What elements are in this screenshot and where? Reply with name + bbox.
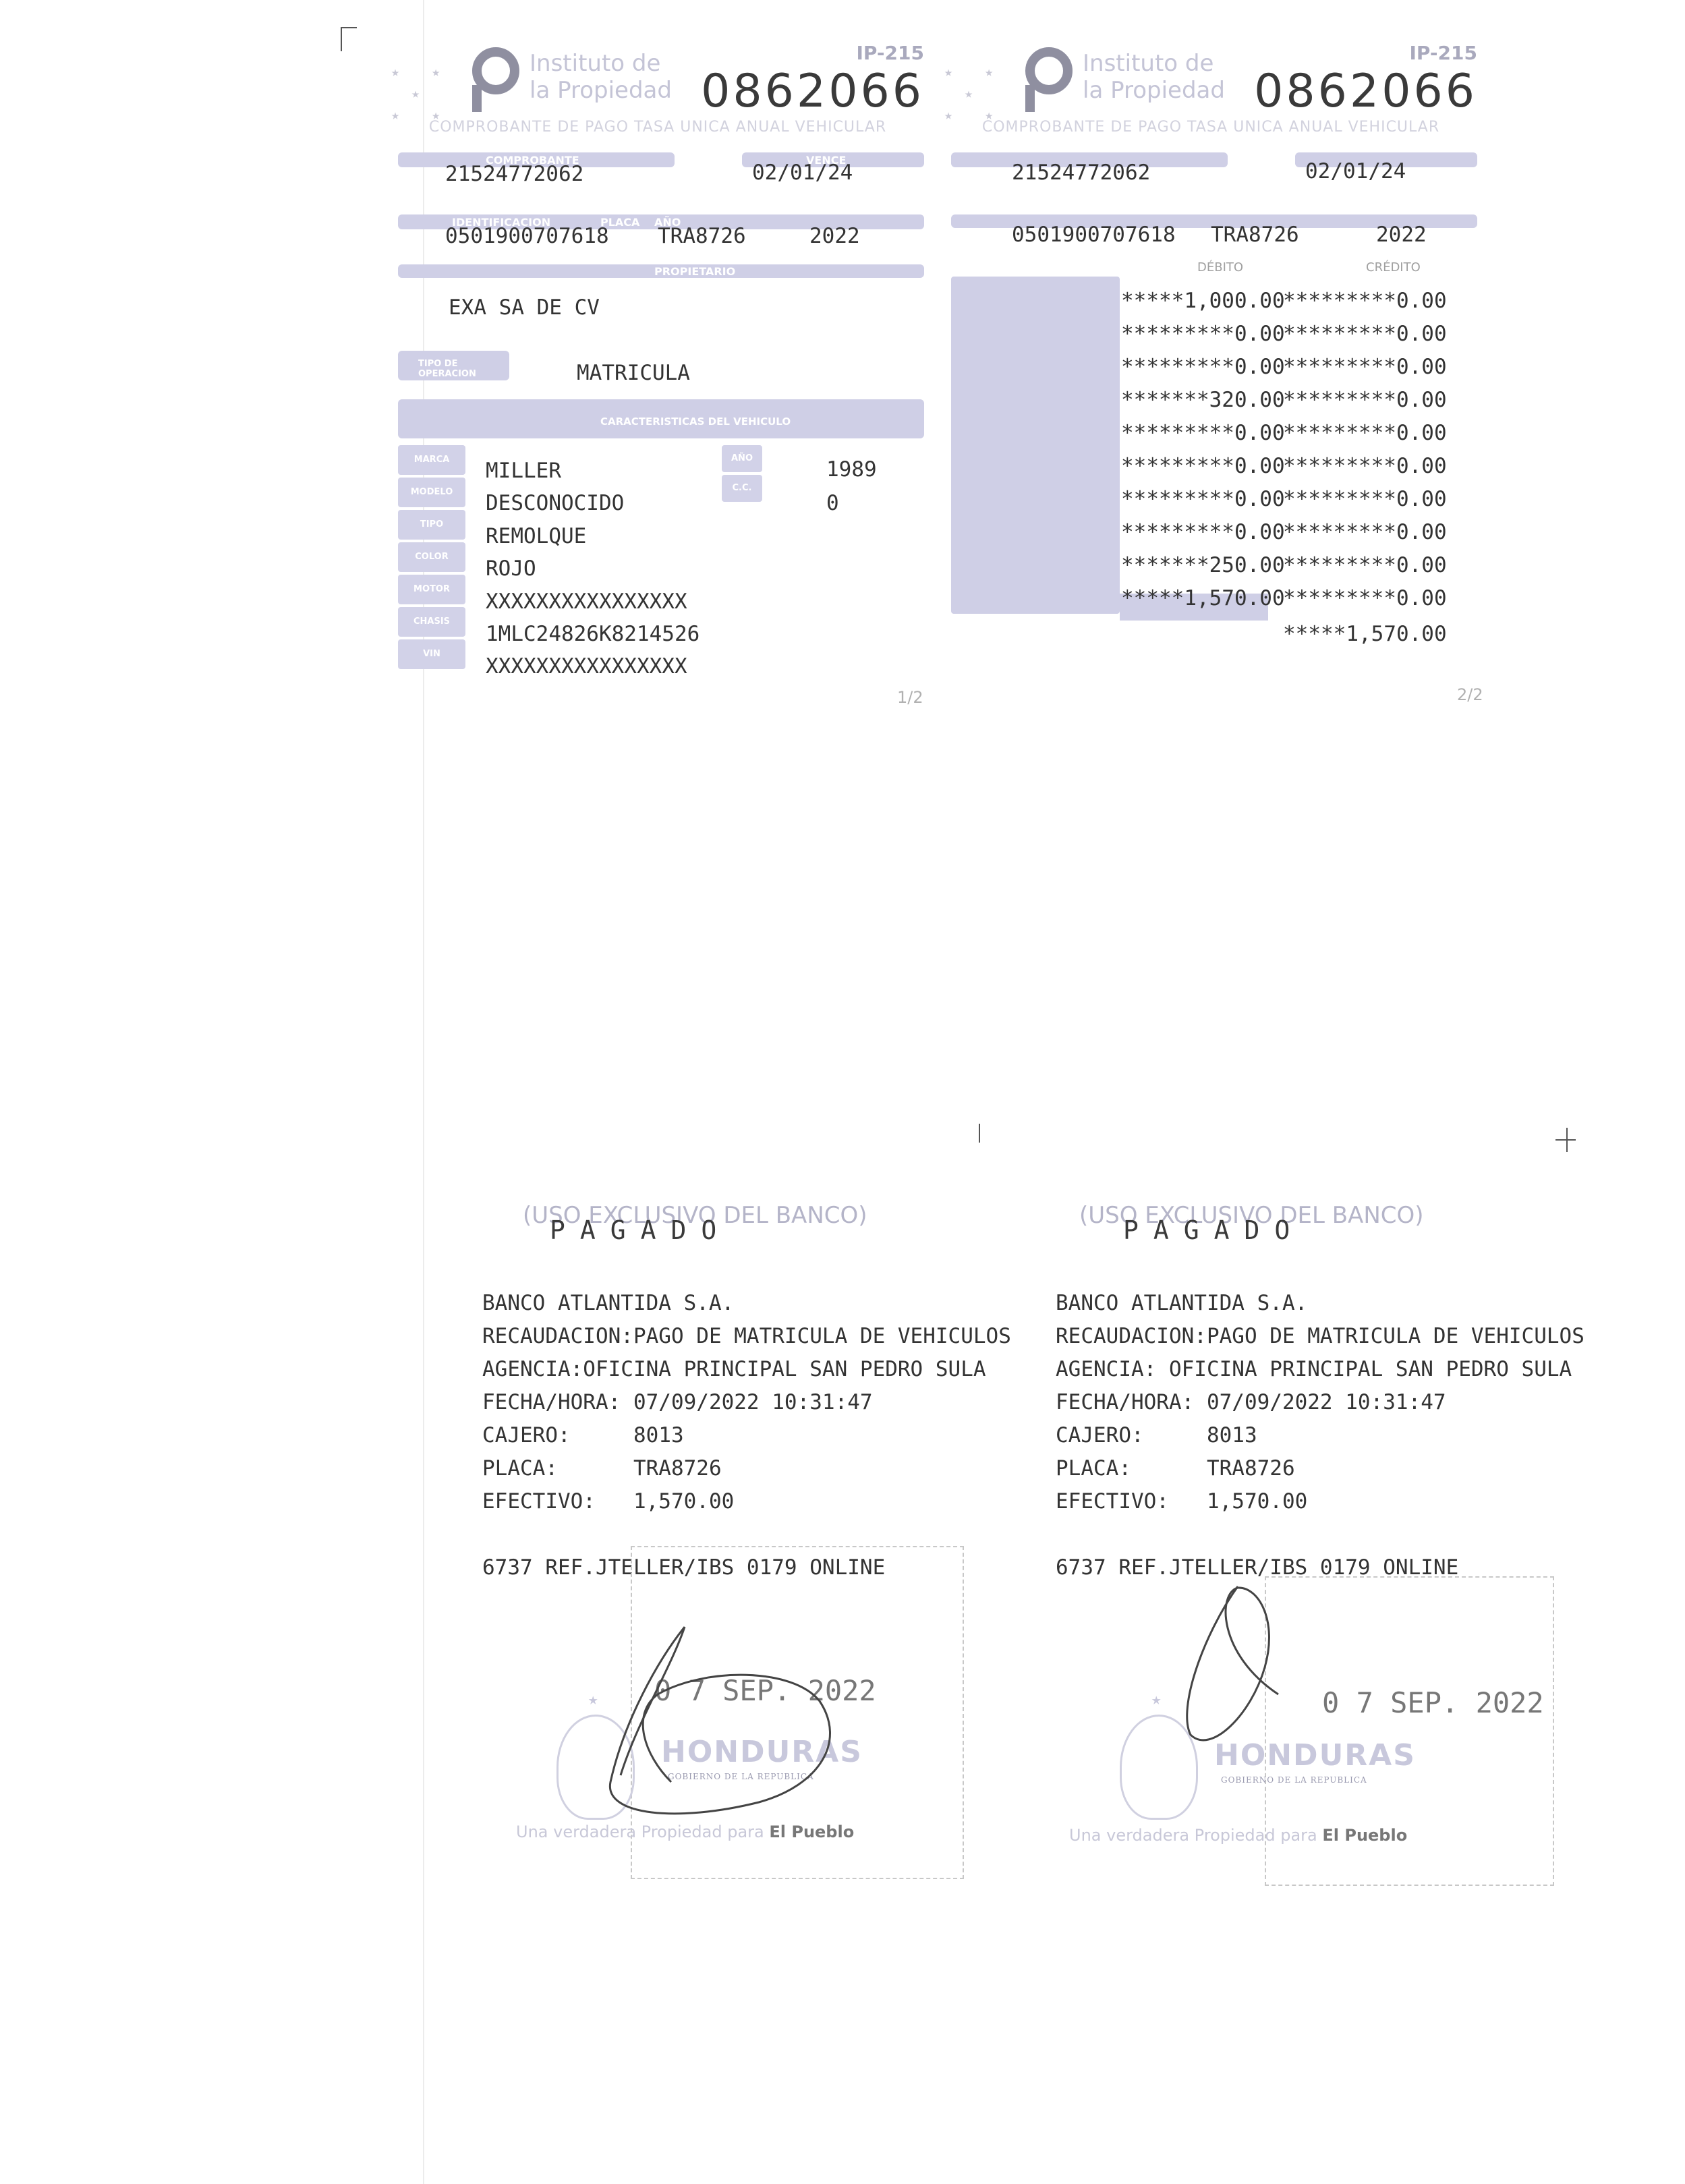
receipt-line: RECAUDACION:PAGO DE MATRICULA DE VEHICUL… [482,1324,1011,1348]
debit-amount: *********0.00 [1121,355,1285,379]
debit-amount: *********0.00 [1121,520,1285,544]
form-subtitle: COMPROBANTE DE PAGO TASA UNICA ANUAL VEH… [391,119,924,136]
credit-amount: *********0.00 [1283,421,1447,445]
comprobante-value: 21524772062 [445,162,583,186]
receipt-line: AGENCIA:OFICINA PRINCIPAL SAN PEDRO SULA [482,1357,986,1381]
debit-amount: *********0.00 [1121,322,1285,346]
credit-amount: *********0.00 [1283,322,1447,346]
tagline: Una verdadera Propiedad para El Pueblo [1069,1826,1407,1845]
credit-amount: *********0.00 [1283,520,1447,544]
stars-decoration: ★ ★ ★★ ★ [391,61,472,128]
debit-amount: *******250.00 [1121,553,1285,577]
caracteristicas-label-bar: CARACTERISTICAS DEL VEHICULO [398,399,924,438]
page-number: 1/2 [897,688,923,707]
credit-amount: *********0.00 [1283,487,1447,511]
receipt-line: BANCO ATLANTIDA S.A. [482,1291,734,1315]
tipo-value: REMOLQUE [486,524,586,548]
paid-status: PAGADO [550,1215,731,1245]
ano-value: 2022 [1376,223,1427,247]
concept-labels-column [951,277,1120,614]
tipo-operacion-value: MATRICULA [577,361,690,385]
crop-mark [341,27,357,28]
propietario-value: EXA SA DE CV [449,295,600,320]
receipt-line: RECAUDACION:PAGO DE MATRICULA DE VEHICUL… [1056,1324,1584,1348]
propietario-label-bar: PROPIETARIO [398,264,924,278]
credit-amount: *********0.00 [1283,289,1447,313]
debit-amount: *****1,000.00 [1121,289,1285,313]
receipt-line: AGENCIA: OFICINA PRINCIPAL SAN PEDRO SUL… [1056,1357,1572,1381]
paid-status: PAGADO [1123,1215,1305,1245]
debit-amount: *****1,570.00 [1121,586,1285,610]
credit-column-header: CRÉDITO [1366,260,1421,275]
ano-value: 2022 [809,224,860,248]
signature-icon [597,1620,867,1836]
comprobante-value: 21524772062 [1012,161,1150,185]
credit-amount: *********0.00 [1283,586,1447,610]
receipt-line: EFECTIVO: 1,570.00 [1056,1489,1307,1514]
identificacion-value: 0501900707618 [1012,223,1176,247]
receipt-line: PLACA: TRA8726 [1056,1456,1295,1481]
receipt-line: BANCO ATLANTIDA S.A. [1056,1291,1307,1315]
credit-amount: *********0.00 [1283,388,1447,412]
debit-column-header: DÉBITO [1197,260,1243,275]
tipo-operacion-label-bar: TIPO DE OPERACION [398,351,509,380]
stamp-date: 0 7 SEP. 2022 [1322,1686,1544,1719]
receipt-line: CAJERO: 8013 [1056,1423,1257,1447]
institute-logo-icon [1025,47,1073,94]
crop-mark [1555,1139,1576,1141]
identificacion-value: 0501900707618 [445,224,609,248]
receipt-line: EFECTIVO: 1,570.00 [482,1489,734,1514]
vence-value: 02/01/24 [1305,159,1406,183]
institute-logo-icon [472,47,519,94]
debit-amount: *********0.00 [1121,421,1285,445]
government-subtitle: GOBIERNO DE LA REPUBLICA [1221,1775,1367,1785]
placa-value: TRA8726 [658,224,746,248]
form-page-2: ★ ★ ★★ ★ Instituto de la Propiedad IP-21… [944,27,1477,688]
vence-value: 02/01/24 [752,161,853,185]
credit-amount: *********0.00 [1283,553,1447,577]
crop-mark [341,27,342,51]
color-value: ROJO [486,556,536,581]
debit-amount: *********0.00 [1121,454,1285,478]
receipt-line: PLACA: TRA8726 [482,1456,722,1481]
bank-receipt-1: (USO EXCLUSIVO DEL BANCO) PAGADO BANCO A… [482,1202,1022,1674]
form-subtitle: COMPROBANTE DE PAGO TASA UNICA ANUAL VEH… [944,119,1477,136]
chasis-value: 1MLC24826K8214526 [486,622,699,646]
bank-receipt-2: (USO EXCLUSIVO DEL BANCO) PAGADO BANCO A… [1056,1202,1595,1674]
vehicle-year-value: 1989 [826,457,877,482]
institution-name: Instituto de la Propiedad [1083,50,1225,104]
marca-value: MILLER [486,459,561,483]
debit-amount: *******320.00 [1121,388,1285,412]
serial-number: 0862066 [701,65,924,118]
motor-value: XXXXXXXXXXXXXXXX [486,590,687,614]
receipt-line: FECHA/HORA: 07/09/2022 10:31:47 [1056,1390,1446,1414]
receipt-line: CAJERO: 8013 [482,1423,684,1447]
institution-name: Instituto de la Propiedad [530,50,672,104]
debit-amount: *********0.00 [1121,487,1285,511]
modelo-value: DESCONOCIDO [486,491,624,515]
vin-value: XXXXXXXXXXXXXXXX [486,654,687,679]
form-code: IP-215 [856,42,924,64]
signature-icon [1164,1580,1298,1755]
placa-value: TRA8726 [1211,223,1299,247]
cc-value: 0 [826,491,839,515]
credit-amount: *********0.00 [1283,355,1447,379]
page-number: 2/2 [1457,685,1483,704]
form-page-1: ★ ★ ★★ ★ Instituto de la Propiedad IP-21… [391,27,924,688]
receipt-line: FECHA/HORA: 07/09/2022 10:31:47 [482,1390,873,1414]
form-code: IP-215 [1409,42,1477,64]
serial-number: 0862066 [1254,65,1477,118]
crop-mark [979,1124,980,1143]
total-amount: *****1,570.00 [1283,622,1447,646]
credit-amount: *********0.00 [1283,454,1447,478]
stars-decoration: ★ ★ ★★ ★ [944,61,1025,128]
